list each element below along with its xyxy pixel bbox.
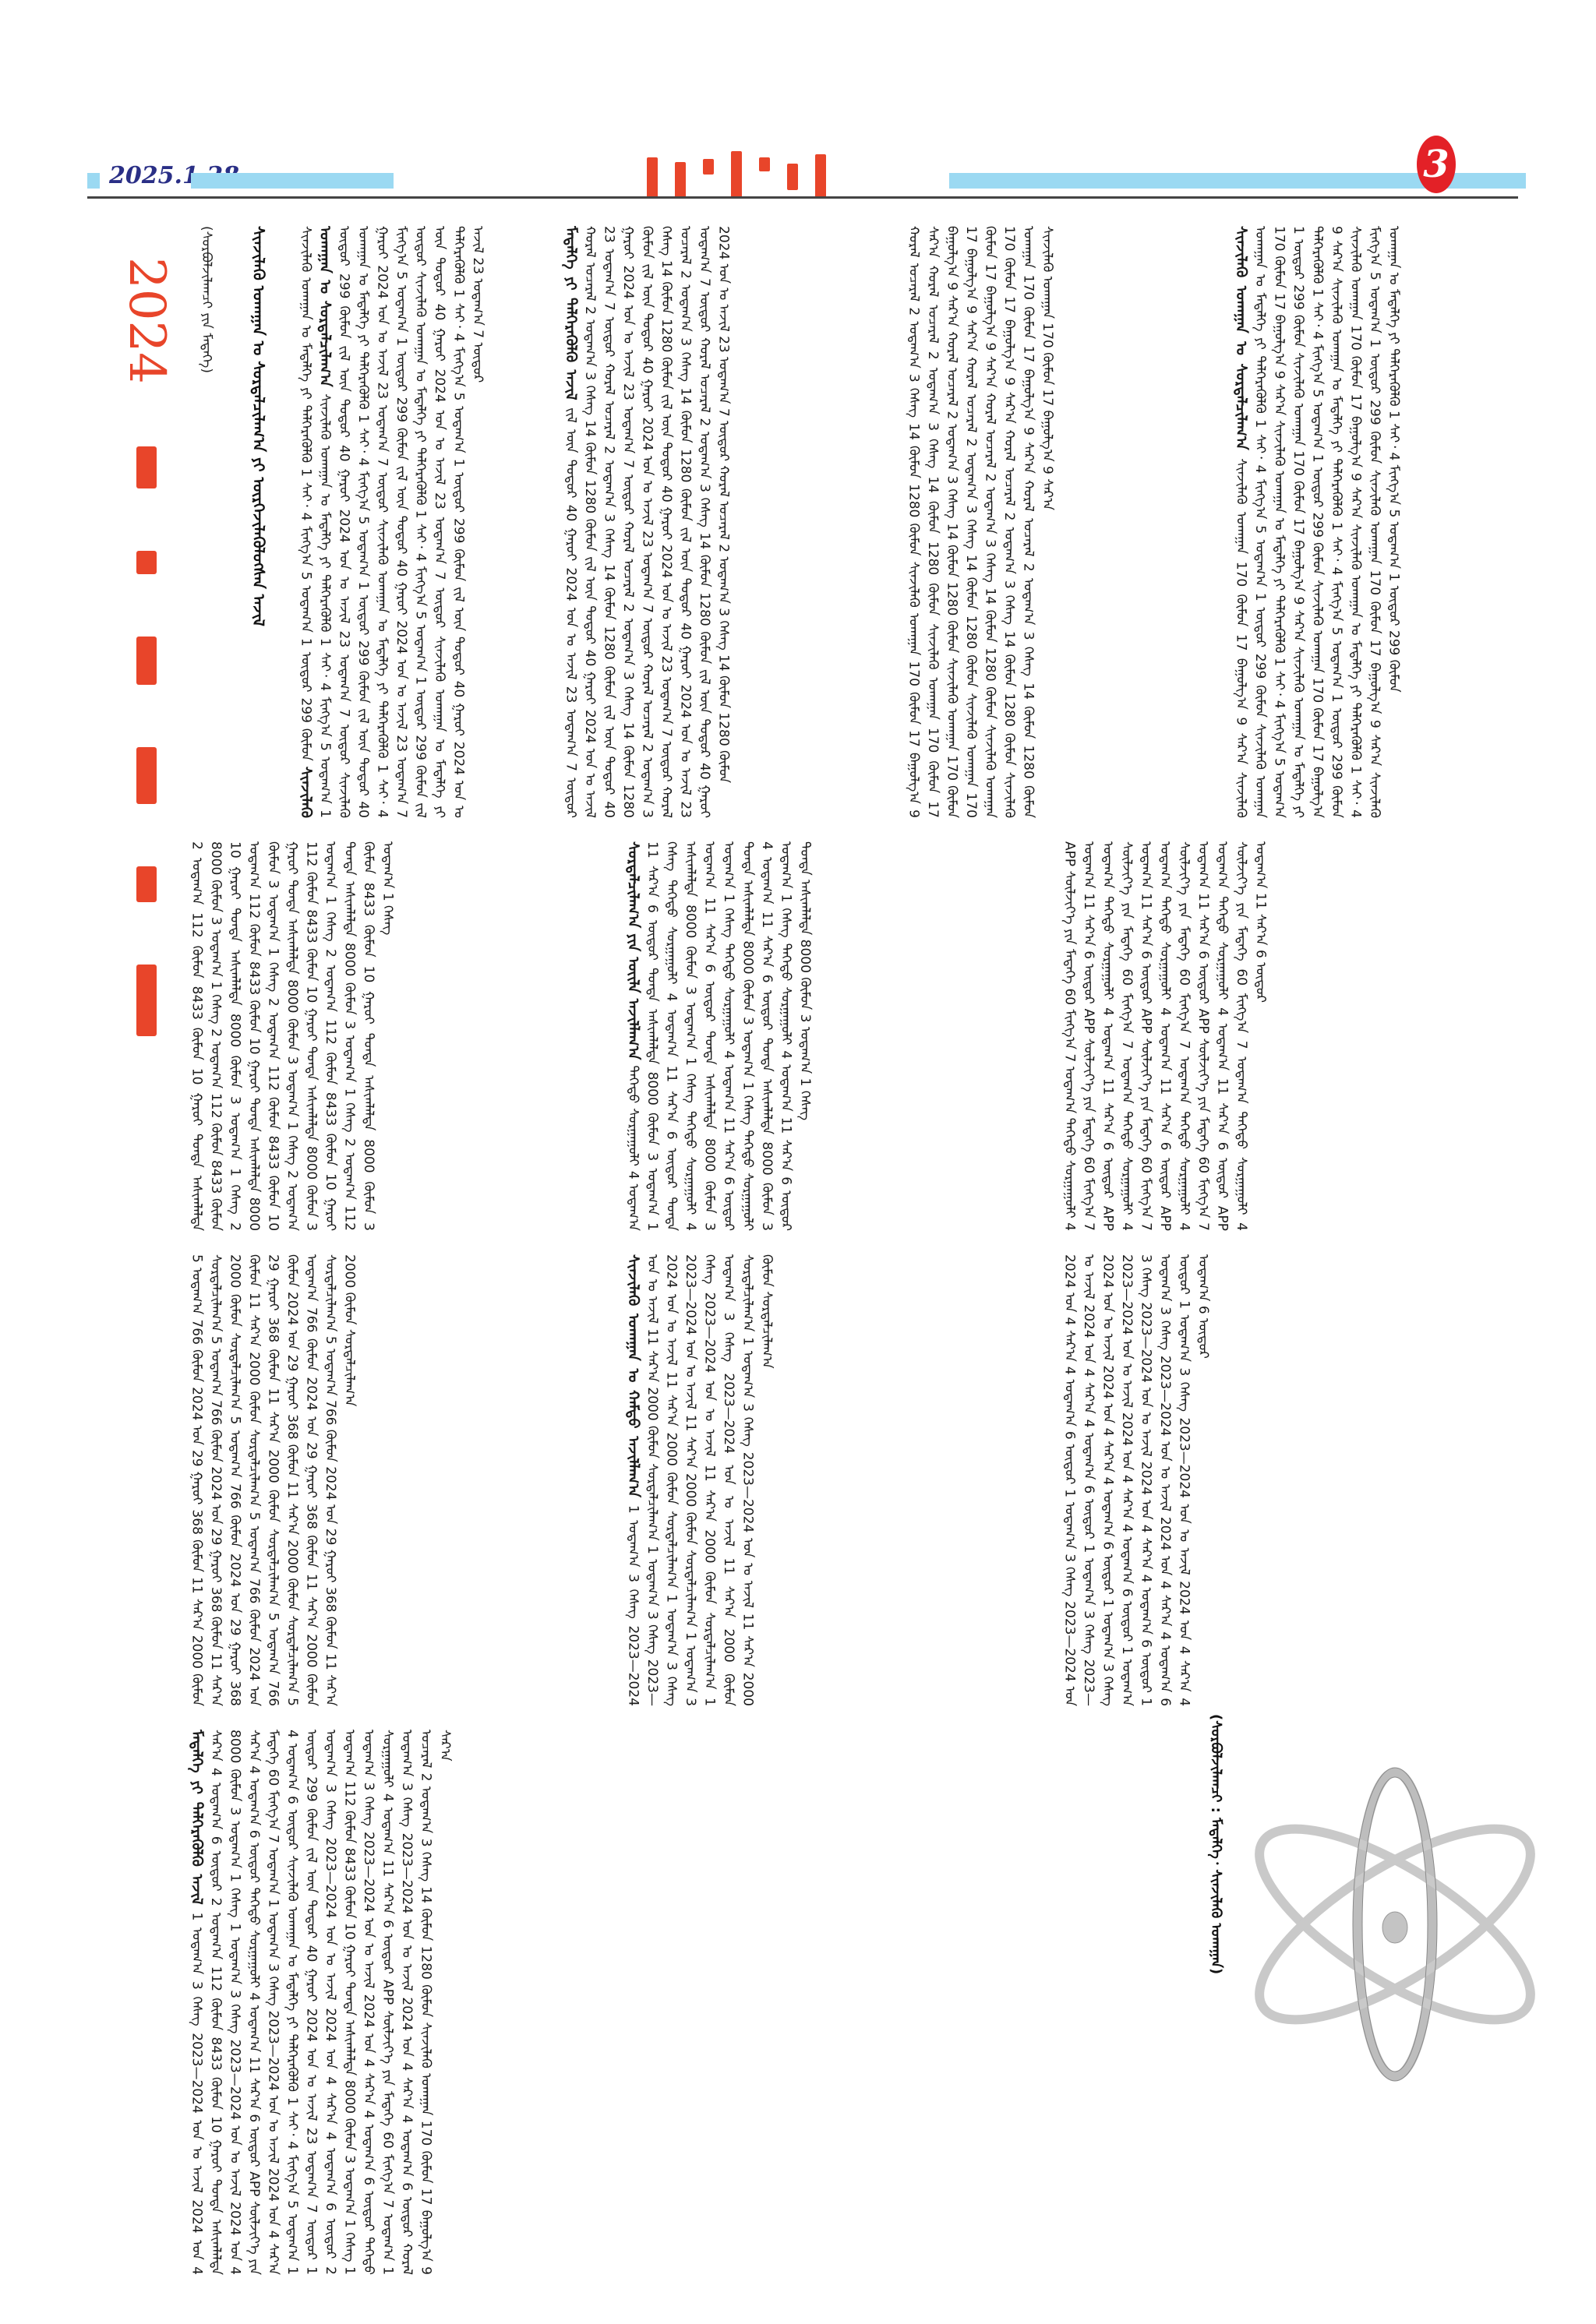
masthead-glyph bbox=[675, 162, 686, 198]
header-bar-accent bbox=[87, 173, 100, 189]
column-text: ᠬᠤᠷᠠᠯ ᠤᠴᠠᠷᠠᠯ 2 ᠤᠳᠠᠭ᠎ᠠ 3 ᠬᠡᠰᠡᠭ 14 ᠬᠦᠮᠦᠨ 1… bbox=[582, 226, 598, 556]
column-text: ᠵᠢᠯ ᠦᠨ ᠳᠤᠲᠤᠷ 40 ᠭᠠᠷᠤᠢ 2024 ᠣᠨ ᠤ ᠠᠵᠢᠯ 23 … bbox=[640, 263, 655, 663]
article-headline: 2024 bbox=[115, 257, 178, 1036]
column-text: ᠳᠡᠭᠡᠳᠦ ᠰᠤᠷᠭᠠᠭᠤᠯᠢ 4 ᠤᠳᠠᠭ᠎ᠠ 11 ᠰᠠᠷ᠎ᠠ 6 ᠦᠳᠦ… bbox=[779, 943, 794, 1231]
column-text: ᠬᠤᠷᠠᠯ ᠤᠴᠠᠷᠠᠯ 2 ᠤᠳᠠᠭ᠎ᠠ 3 ᠬᠡᠰᠡᠭ 14 ᠬᠦᠮᠦᠨ 1… bbox=[1001, 430, 1017, 772]
header-bar-left bbox=[191, 173, 394, 189]
column-text: ᠬᠤᠷᠠᠯ ᠤᠴᠠᠷᠠᠯ 2 ᠤᠳᠠᠭ᠎ᠠ 3 ᠬᠡᠰᠡᠭ 14 ᠬᠦᠮᠦᠨ 1… bbox=[1021, 480, 1036, 818]
text-band-1: ᠰᠢᠨᠵᠢᠯᠡᠬᠦ ᠤᠬᠠᠭᠠᠨ ᠤ ᠮᠡᠳᠡᠯᠭᠡ ᠶᠢ ᠳᠡᠯᠭᠡᠷᠡᠭᠦᠯ… bbox=[296, 226, 1543, 818]
column-text: ᠳᠡᠭᠡᠳᠦ ᠰᠤᠷᠭᠠᠭᠤᠯᠢ 4 ᠤᠳᠠᠭ᠎ᠠ 11 ᠰᠠᠷ᠎ᠠ 6 ᠦᠳᠦ… bbox=[721, 943, 736, 1231]
column-text: 11 ᠰᠠᠷ᠎ᠠ 2000 ᠬᠦᠮᠦᠨ ᠰᠤᠷᠲᠠᠯᠴᠢᠯᠠᠭ᠎ᠠ bbox=[246, 1292, 262, 1512]
column-text: ᠰᠢᠨᠵᠢᠯᠡᠬᠦ ᠤᠬᠠᠭᠠᠨ 170 ᠬᠦᠮᠦᠨ 17 ᠪᠠᠭᠤᠯᠭ᠎ᠠ 9… bbox=[1040, 226, 1055, 510]
masthead-glyph bbox=[815, 154, 826, 198]
column-text: 1 ᠤᠳᠠᠭ᠎ᠠ 3 ᠬᠡᠰᠡᠭ 2023—2024 ᠣᠨ ᠤ ᠠᠵᠢᠯ bbox=[189, 1913, 205, 2200]
column-text: ᠵᠢᠯ ᠦᠨ ᠳᠤᠲᠤᠷ 40 ᠭᠠᠷᠤᠢ 2024 ᠣᠨ ᠤ ᠠᠵᠢᠯ 23 … bbox=[563, 407, 579, 818]
column-text: ᠳᠡᠭᠡᠳᠦ ᠰᠤᠷᠭᠠᠭᠤᠯᠢ 4 ᠤᠳᠠᠭ᠎ᠠ 11 ᠰᠠᠷ᠎ᠠ 6 ᠦᠳᠦ… bbox=[1215, 896, 1231, 1206]
column-text: ᠳᠤᠨᠳᠠ ᠠᠰᠢᠭᠯᠠᠯᠲᠠ 8000 ᠬᠦᠮᠦᠨ 3 ᠤᠳᠠᠭ᠎ᠠ 1 ᠬᠡ… bbox=[342, 841, 358, 1138]
illustration-caption: (ᠰᠤᠷᠪᠤᠯᠵᠢᠯᠠᠭᠴᠢ : ᠮᠡᠳᠡᠯᠭᠡ᠂ ᠰᠢᠨᠵᠢᠯᠡᠬᠦ ᠤᠬᠠᠭ… bbox=[1204, 1714, 1235, 2275]
text-band-2: 2 ᠤᠳᠠᠭ᠎ᠠ 112 ᠬᠦᠮᠦᠨ 8433 ᠬᠦᠮᠦᠨ 10 ᠭᠠᠷᠤᠢ ᠳ… bbox=[187, 841, 1527, 1231]
text-band-4: ᠮᠡᠳᠡᠯᠭᠡ ᠶᠢ ᠳᠡᠯᠭᠡᠷᠡᠭᠦᠯᠬᠦ ᠠᠵᠢᠯ 1 ᠤᠳᠠᠭ᠎ᠠ 3 … bbox=[187, 1730, 1200, 2275]
column-text: ᠰᠢᠨᠵᠢᠯᠡᠬᠦ ᠤᠬᠠᠭᠠᠨ ᠤ ᠮᠡᠳᠡᠯᠭᠡ ᠶᠢ ᠳᠡᠯᠭᠡᠷᠡᠭᠦᠯ… bbox=[298, 226, 314, 767]
column-text: 11 ᠰᠠᠷ᠎ᠠ 2000 ᠬᠦᠮᠦᠨ ᠰᠤᠷᠲᠠᠯᠴᠢᠯᠠᠭ᠎ᠠ bbox=[702, 1465, 718, 1698]
column-text: ᠳᠤᠨᠳᠠ ᠠᠰᠢᠭᠯᠠᠯᠲᠠ 8000 ᠬᠦᠮᠦᠨ 3 ᠤᠳᠠᠭ᠎ᠠ 1 ᠬᠡ… bbox=[284, 880, 300, 1170]
text-column: ᠰᠤᠷᠲᠠᠯᠴᠢᠯᠠᠭ᠎ᠠ ᠶᠢᠨ ᠦᠢᠯᠡ ᠠᠵᠢᠯᠯᠠᠭ᠎ᠠ ᠳᠡᠭᠡᠳᠦ … bbox=[623, 841, 1060, 1231]
column-text: ᠬᠤᠷᠠᠯ ᠤᠴᠠᠷᠠᠯ 2 ᠤᠳᠠᠭ᠎ᠠ 3 ᠬᠡᠰᠡᠭ 14 ᠬᠦᠮᠦᠨ 1… bbox=[963, 357, 979, 693]
column-text: 5 ᠤᠳᠠᠭ᠎ᠠ 766 ᠬᠦᠮᠦᠨ 2024 ᠣᠨ 29 ᠭᠠᠷᠤᠢ 368 … bbox=[208, 1336, 224, 1653]
column-text: 2 ᠤᠳᠠᠭ᠎ᠠ 112 ᠬᠦᠮᠦᠨ 8433 ᠬᠦᠮᠦᠨ 10 ᠭᠠᠷᠤᠢ bbox=[323, 949, 338, 1231]
page-header: 2025.1.28 3 bbox=[0, 0, 1596, 203]
page-number-badge: 3 bbox=[1417, 136, 1456, 193]
column-text: APP ᠰᠦᠯᠵᠢᠶ᠎ᠡ ᠶᠢᠨ ᠮᠡᠳᠡᠭᠡ 60 ᠮᠢᠩᠭ᠎ᠠ 7 ᠤᠳᠠᠭ… bbox=[380, 1980, 396, 2266]
column-text: ᠳᠡᠭᠡᠳᠦ ᠰᠤᠷᠭᠠᠭᠤᠯᠢ 4 ᠤᠳᠠᠭ᠎ᠠ 11 ᠰᠠᠷ᠎ᠠ 6 ᠦᠳᠦ… bbox=[246, 1888, 262, 2172]
column-text: 11 ᠰᠠᠷ᠎ᠠ 2000 ᠬᠦᠮᠦᠨ ᠰᠤᠷᠲᠠᠯᠴᠢᠯᠠᠭ᠎ᠠ bbox=[664, 1372, 680, 1595]
masthead-glyph bbox=[787, 164, 798, 190]
column-text: ᠵᠢᠯ ᠦᠨ ᠳᠤᠲᠤᠷ 40 ᠭᠠᠷᠤᠢ 2024 ᠣᠨ ᠤ ᠠᠵᠢᠯ 23 … bbox=[659, 394, 674, 787]
column-text: ᠳᠤᠨᠳᠠ ᠠᠰᠢᠭᠯᠠᠯᠲᠠ 8000 ᠬᠦᠮᠦᠨ 3 ᠤᠳᠠᠭ᠎ᠠ 1 ᠬᠡ… bbox=[228, 908, 243, 1222]
column-text: ᠬᠤᠷᠠᠯ ᠤᠴᠠᠷᠠᠯ 2 ᠤᠳᠠᠭ᠎ᠠ 3 ᠬᠡᠰᠡᠭ 14 ᠬᠦᠮᠦᠨ 1… bbox=[925, 266, 941, 623]
headline-word bbox=[136, 747, 157, 804]
column-text: 2024 ᠣᠨ 4 ᠰᠠᠷ᠎ᠠ 4 ᠤᠳᠠᠭ᠎ᠠ 6 ᠦᠳᠦᠷ bbox=[1081, 1304, 1096, 1544]
column-text: 5 ᠤᠳᠠᠭ᠎ᠠ 766 ᠬᠦᠮᠦᠨ 2024 ᠣᠨ 29 ᠭᠠᠷᠤᠢ 368 … bbox=[189, 1254, 205, 1577]
masthead-glyph bbox=[731, 151, 742, 198]
column-text: ᠰᠢᠨᠵᠢᠯᠡᠬᠦ ᠤᠬᠠᠭᠠᠨ ᠤ ᠮᠡᠳᠡᠯᠭᠡ ᠶᠢ ᠳᠡᠯᠭᠡᠷᠡᠭᠦᠯ… bbox=[1329, 277, 1344, 818]
headline-word bbox=[136, 866, 157, 902]
column-text: ᠳᠤᠨᠳᠠ ᠠᠰᠢᠭᠯᠠᠯᠲᠠ 8000 ᠬᠦᠮᠦᠨ 3 ᠤᠳᠠᠭ᠎ᠠ 1 ᠬᠡ… bbox=[797, 841, 813, 1120]
column-text: ᠰᠢᠨᠵᠢᠯᠡᠬᠦ ᠤᠬᠠᠭᠠᠨ 170 ᠬᠦᠮᠦᠨ 17 ᠪᠠᠭᠤᠯᠭ᠎ᠠ 9… bbox=[1348, 226, 1364, 524]
column-text: ᠵᠢᠯ ᠦᠨ ᠳᠤᠲᠤᠷ 40 ᠭᠠᠷᠤᠢ 2024 ᠣᠨ ᠤ ᠠᠵᠢᠯ 23 … bbox=[304, 1847, 320, 2266]
column-text: ᠰᠢᠨᠵᠢᠯᠡᠬᠦ ᠤᠬᠠᠭᠠᠨ 170 ᠬᠦᠮᠦᠨ 17 ᠪᠠᠭᠤᠯᠭ᠎ᠠ 9… bbox=[1234, 458, 1249, 771]
headline-word bbox=[136, 551, 157, 575]
section-heading: ᠰᠢᠨᠵᠢᠯᠡᠬᠦ ᠤᠬᠠᠭᠠᠨ ᠤ ᠬᠠᠮᠲᠤ ᠠᠵᠢᠯᠯᠠᠭ᠎ᠠ bbox=[625, 1254, 642, 1505]
column-text: ᠬᠤᠷᠠᠯ ᠤᠴᠠᠷᠠᠯ 2 ᠤᠳᠠᠭ᠎ᠠ 3 ᠬᠡᠰᠡᠭ 14 ᠬᠦᠮᠦᠨ 1… bbox=[716, 465, 732, 783]
headline-year: 2024 bbox=[118, 257, 175, 384]
text-column: ᠮᠡᠳᠡᠯᠭᠡ ᠶᠢ ᠳᠡᠯᠭᠡᠷᠡᠭᠦᠯᠬᠦ ᠠᠵᠢᠯ 1 ᠤᠳᠠᠭ᠎ᠠ 3 … bbox=[187, 1730, 1200, 2275]
column-text: APP ᠰᠦᠯᠵᠢᠶ᠎ᠡ ᠶᠢᠨ ᠮᠡᠳᠡᠭᠡ 60 ᠮᠢᠩᠭ᠎ᠠ 7 ᠤᠳᠠᠭ… bbox=[1062, 841, 1078, 1118]
column-text: ᠬᠤᠷᠠᠯ ᠤᠴᠠᠷᠠᠯ 2 ᠤᠳᠠᠭ᠎ᠠ 3 ᠬᠡᠰᠡᠭ 14 ᠬᠦᠮᠦᠨ 1… bbox=[906, 226, 922, 562]
masthead-glyph bbox=[703, 159, 714, 175]
column-text: ᠬᠤᠷᠠᠯ ᠤᠴᠠᠷᠠᠯ 2 ᠤᠳᠠᠭ᠎ᠠ 3 ᠬᠡᠰᠡᠭ 14 ᠬᠦᠮᠦᠨ 1… bbox=[945, 331, 960, 658]
column-text: 2024 ᠣᠨ 4 ᠰᠠᠷ᠎ᠠ 4 ᠤᠳᠠᠭ᠎ᠠ 6 ᠦᠳᠦᠷ bbox=[1100, 1366, 1116, 1599]
column-text: 11 ᠰᠠᠷ᠎ᠠ 2000 ᠬᠦᠮᠦᠨ ᠰᠤᠷᠲᠠᠯᠴᠢᠯᠠᠭ᠎ᠠ bbox=[683, 1415, 698, 1632]
column-text: ᠰᠢᠨᠵᠢᠯᠡᠬᠦ ᠤᠬᠠᠭᠠᠨ 170 ᠬᠦᠮᠦᠨ 17 ᠪᠠᠭᠤᠯᠭ᠎ᠠ 9… bbox=[1291, 352, 1306, 647]
column-text: 1 ᠤᠳᠠᠭ᠎ᠠ 3 ᠬᠡᠰᠡᠭ 2023—2024 ᠣᠨ ᠤ ᠠᠵᠢᠯ bbox=[740, 1337, 756, 1613]
column-text: ᠰᠢᠨᠵᠢᠯᠡᠬᠦ ᠤᠬᠠᠭᠠᠨ 170 ᠬᠦᠮᠦᠨ 17 ᠪᠠᠭᠤᠯᠭ᠎ᠠ 9… bbox=[1367, 470, 1382, 772]
column-text: ᠳᠡᠭᠡᠳᠦ ᠰᠤᠷᠭᠠᠭᠤᠯᠢ 4 ᠤᠳᠠᠭ᠎ᠠ 11 ᠰᠠᠷ᠎ᠠ 6 ᠦᠳᠦ… bbox=[664, 880, 680, 1197]
column-text: ᠳᠤᠨᠳᠠ ᠠᠰᠢᠭᠯᠠᠯᠲᠠ 8000 ᠬᠦᠮᠦᠨ 3 ᠤᠳᠠᠭ᠎ᠠ 1 ᠬᠡ… bbox=[740, 841, 756, 1130]
column-text: ᠬᠤᠷᠠᠯ ᠤᠴᠠᠷᠠᠯ 2 ᠤᠳᠠᠭ᠎ᠠ 3 ᠬᠡᠰᠡᠭ 14 ᠬᠦᠮᠦᠨ 1… bbox=[697, 337, 712, 669]
column-text: 1 ᠤᠳᠠᠭ᠎ᠠ 3 ᠬᠡᠰᠡᠭ 2023—2024 ᠣᠨ ᠤ ᠠᠵᠢᠯ bbox=[228, 1924, 243, 2202]
section-heading: ᠰᠤᠷᠲᠠᠯᠴᠢᠯᠠᠭ᠎ᠠ ᠶᠢᠨ ᠦᠢᠯᠡ ᠠᠵᠢᠯᠯᠠᠭ᠎ᠠ bbox=[625, 841, 642, 1066]
column-text: ᠬᠤᠷᠠᠯ ᠤᠴᠠᠷᠠᠯ 2 ᠤᠳᠠᠭ᠎ᠠ 3 ᠬᠡᠰᠡᠭ 14 ᠬᠦᠮᠦᠨ 1… bbox=[602, 363, 617, 704]
column-text: 11 ᠰᠠᠷ᠎ᠠ 2000 ᠬᠦᠮᠦᠨ ᠰᠤᠷᠲᠠᠯᠴᠢᠯᠠᠭ᠎ᠠ bbox=[284, 1482, 300, 1698]
masthead-glyph bbox=[759, 157, 770, 171]
column-text: ᠬᠤᠷᠠᠯ ᠤᠴᠠᠷᠠᠯ 2 ᠤᠳᠠᠭ᠎ᠠ 3 ᠬᠡᠰᠡᠭ 14 ᠬᠦᠮᠦᠨ 1… bbox=[983, 393, 998, 724]
headline-word bbox=[136, 637, 157, 684]
section-heading: ᠮᠡᠳᠡᠯᠭᠡ ᠶᠢ ᠳᠡᠯᠭᠡᠷᠡᠭᠦᠯᠬᠦ ᠠᠵᠢᠯ bbox=[563, 226, 580, 407]
text-column: ᠬᠤᠷᠠᠯ ᠤᠴᠠᠷᠠᠯ 2 ᠤᠳᠠᠭ᠎ᠠ 3 ᠬᠡᠰᠡᠭ 14 ᠬᠦᠮᠦᠨ 1… bbox=[904, 226, 1231, 818]
text-column: APP ᠰᠦᠯᠵᠢᠶ᠎ᠡ ᠶᠢᠨ ᠮᠡᠳᠡᠭᠡ 60 ᠮᠢᠩᠭ᠎ᠠ 7 ᠤᠳᠠᠭ… bbox=[1060, 841, 1527, 1231]
section-heading: ᠰᠢᠨᠵᠢᠯᠡᠬᠦ ᠤᠬᠠᠭᠠᠨ ᠤ ᠰᠤᠷᠲᠠᠯᠴᠢᠯᠠᠭ᠎ᠠ bbox=[1233, 226, 1250, 458]
column-text: 2024 ᠣᠨ 4 ᠰᠠᠷ᠎ᠠ 4 ᠤᠳᠠᠭ᠎ᠠ 6 ᠦᠳᠦᠷ bbox=[1119, 1412, 1135, 1646]
text-column: 5 ᠤᠳᠠᠭ᠎ᠠ 766 ᠬᠦᠮᠦᠨ 2024 ᠣᠨ 29 ᠭᠠᠷᠤᠢ 368 … bbox=[187, 1254, 623, 1706]
column-text: 1 ᠤᠳᠠᠭ᠎ᠠ 3 ᠬᠡᠰᠡᠭ 2023—2024 ᠣᠨ ᠤ ᠠᠵᠢᠯ bbox=[1177, 1300, 1192, 1581]
nucleus-icon bbox=[1382, 1912, 1407, 1943]
text-column: 2024 ᠣᠨ 4 ᠰᠠᠷ᠎ᠠ 4 ᠤᠳᠠᠭ᠎ᠠ 6 ᠦᠳᠦᠷ 1 ᠤᠳᠠᠭ᠎ᠠ… bbox=[1060, 1254, 1527, 1706]
headline-word bbox=[136, 965, 157, 1036]
atom-illustration-icon bbox=[1231, 1737, 1559, 2104]
column-text: ᠳᠡᠭᠡᠳᠦ ᠰᠤᠷᠭᠠᠭᠤᠯᠢ 4 ᠤᠳᠠᠭ᠎ᠠ 11 ᠰᠠᠷ᠎ᠠ 6 ᠦᠳᠦ… bbox=[1100, 896, 1116, 1206]
column-text: 2024 ᠣᠨ 4 ᠰᠠᠷ᠎ᠠ 4 ᠤᠳᠠᠭ᠎ᠠ 6 ᠦᠳᠦᠷ bbox=[1139, 1462, 1154, 1698]
column-text: 5 ᠤᠳᠠᠭ᠎ᠠ 766 ᠬᠦᠮᠦᠨ 2024 ᠣᠨ 29 ᠭᠠᠷᠤᠢ 368 … bbox=[323, 1336, 338, 1653]
column-text: 2 ᠤᠳᠠᠭ᠎ᠠ 112 ᠬᠦᠮᠦᠨ 8433 ᠬᠦᠮᠦᠨ 10 ᠭᠠᠷᠤᠢ bbox=[189, 841, 205, 1134]
column-text: ᠳᠤᠨᠳᠠ ᠠᠰᠢᠭᠯᠠᠯᠲᠠ 8000 ᠬᠦᠮᠦᠨ 3 ᠤᠳᠠᠭ᠎ᠠ 1 ᠬᠡ… bbox=[342, 1982, 358, 2266]
text-column: ᠰᠢᠨᠵᠢᠯᠡᠬᠦ ᠤᠬᠠᠭᠠᠨ ᠤ ᠬᠠᠮᠲᠤ ᠠᠵᠢᠯᠯᠠᠭ᠎ᠠ 1 ᠤᠳᠠ… bbox=[623, 1254, 1060, 1706]
text-column: 2 ᠤᠳᠠᠭ᠎ᠠ 112 ᠬᠦᠮᠦᠨ 8433 ᠬᠦᠮᠦᠨ 10 ᠭᠠᠷᠤᠢ ᠳ… bbox=[187, 841, 623, 1231]
column-text: 2024 ᠣᠨ 4 ᠰᠠᠷ᠎ᠠ 4 ᠤᠳᠠᠭ᠎ᠠ 6 ᠦᠳᠦᠷ bbox=[361, 1994, 376, 2238]
column-text: ᠳᠡᠭᠡᠳᠦ ᠰᠤᠷᠭᠠᠭᠤᠯᠢ 4 ᠤᠳᠠᠭ᠎ᠠ 11 ᠰᠠᠷ᠎ᠠ 6 ᠦᠳᠦ… bbox=[1157, 896, 1173, 1206]
column-text: 2024 ᠣᠨ 4 ᠰᠠᠷ᠎ᠠ 4 ᠤᠳᠠᠭ᠎ᠠ 6 ᠦᠳᠦᠷ bbox=[399, 1997, 415, 2243]
column-text: ᠰᠢᠨᠵᠢᠯᠡᠬᠦ ᠤᠬᠠᠭᠠᠨ ᠤ ᠮᠡᠳᠡᠯᠭᠡ ᠶᠢ ᠳᠡᠯᠭᠡᠷᠡᠭᠦᠯ… bbox=[413, 271, 429, 802]
text-band-3: 5 ᠤᠳᠠᠭ᠎ᠠ 766 ᠬᠦᠮᠦᠨ 2024 ᠣᠨ 29 ᠭᠠᠷᠤᠢ 368 … bbox=[187, 1254, 1527, 1706]
text-column: ᠰᠢᠨᠵᠢᠯᠡᠬᠦ ᠤᠬᠠᠭᠠᠨ ᠤ ᠮᠡᠳᠡᠯᠭᠡ ᠶᠢ ᠳᠡᠯᠭᠡᠷᠡᠭᠦᠯ… bbox=[296, 226, 561, 818]
headline-word bbox=[136, 446, 157, 488]
column-text: 2024 ᠣᠨ 4 ᠰᠠᠷ᠎ᠠ 4 ᠤᠳᠠᠭ᠎ᠠ 6 ᠦᠳᠦᠷ bbox=[323, 2008, 338, 2266]
masthead-title bbox=[647, 146, 826, 198]
text-column: ᠰᠢᠨᠵᠢᠯᠡᠬᠦ ᠤᠬᠠᠭᠠᠨ ᠤ ᠰᠤᠷᠲᠠᠯᠴᠢᠯᠠᠭ᠎ᠠ ᠰᠢᠨᠵᠢᠯᠡ… bbox=[1231, 226, 1543, 818]
column-text: 1 ᠤᠳᠠᠭ᠎ᠠ 3 ᠬᠡᠰᠡᠭ 2023—2024 ᠣᠨ ᠤ ᠠᠵᠢᠯ bbox=[266, 1899, 281, 2168]
article-subheading: ᠰᠢᠨᠵᠢᠯᠡᠬᠦ ᠤᠬᠠᠭᠠᠨ ᠤ ᠰᠤᠷᠲᠠᠯᠴᠢᠯᠠᠭ᠎ᠠ ᠶᠢ ᠦᠷᠭᠡ… bbox=[248, 226, 295, 927]
column-text: 11 ᠰᠠᠷ᠎ᠠ 2000 ᠬᠦᠮᠦᠨ ᠰᠤᠷᠲᠠᠯᠴᠢᠯᠠᠭ᠎ᠠ bbox=[644, 1328, 660, 1546]
column-text: 2 ᠤᠳᠠᠭ᠎ᠠ 112 ᠬᠦᠮᠦᠨ 8433 ᠬᠦᠮᠦᠨ 10 ᠭᠠᠷᠤᠢ bbox=[208, 1898, 224, 2179]
text-column: ᠮᠡᠳᠡᠯᠭᠡ ᠶᠢ ᠳᠡᠯᠭᠡᠷᠡᠭᠦᠯᠬᠦ ᠠᠵᠢᠯ ᠵᠢᠯ ᠦᠨ ᠳᠤᠲᠤ… bbox=[561, 226, 904, 818]
column-text: 2024 ᠣᠨ 4 ᠰᠠᠷ᠎ᠠ 4 ᠤᠳᠠᠭ᠎ᠠ 6 ᠦᠳᠦᠷ bbox=[1062, 1254, 1078, 1489]
header-rule bbox=[87, 196, 1518, 199]
column-text: 11 ᠰᠠᠷ᠎ᠠ 2000 ᠬᠦᠮᠦᠨ ᠰᠤᠷᠲᠠᠯᠴᠢᠯᠠᠭ᠎ᠠ bbox=[266, 1388, 281, 1613]
column-text: ᠵᠢᠯ ᠦᠨ ᠳᠤᠲᠤᠷ 40 ᠭᠠᠷᠤᠢ 2024 ᠣᠨ ᠤ ᠠᠵᠢᠯ 23 … bbox=[337, 346, 352, 772]
masthead-glyph bbox=[647, 157, 658, 198]
section-heading: ᠮᠡᠳᠡᠯᠭᠡ ᠶᠢ ᠳᠡᠯᠭᠡᠷᠡᠭᠦᠯᠬᠦ ᠠᠵᠢᠯ bbox=[189, 1730, 206, 1913]
